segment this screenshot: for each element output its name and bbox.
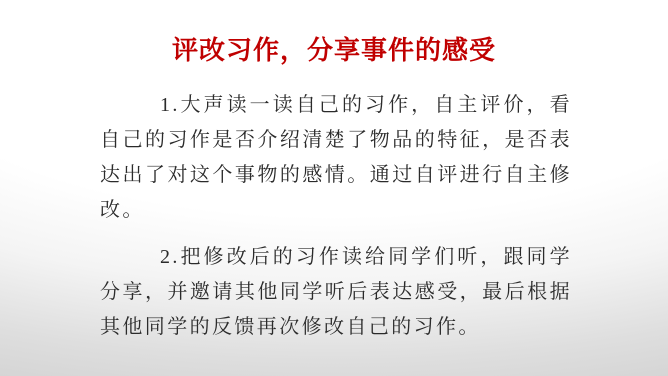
paragraph-step-2: 2.把修改后的习作读给同学们听，跟同学分享，并邀请其他同学听后表达感受，最后根据…: [100, 240, 572, 345]
slide-title: 评改习作，分享事件的感受: [0, 34, 668, 66]
paragraph-step-1: 1.大声读一读自己的习作，自主评价，看自己的习作是否介绍清楚了物品的特征，是否表…: [100, 88, 572, 228]
presentation-slide: 评改习作，分享事件的感受 1.大声读一读自己的习作，自主评价，看自己的习作是否介…: [0, 0, 668, 376]
slide-body: 1.大声读一读自己的习作，自主评价，看自己的习作是否介绍清楚了物品的特征，是否表…: [100, 88, 572, 345]
